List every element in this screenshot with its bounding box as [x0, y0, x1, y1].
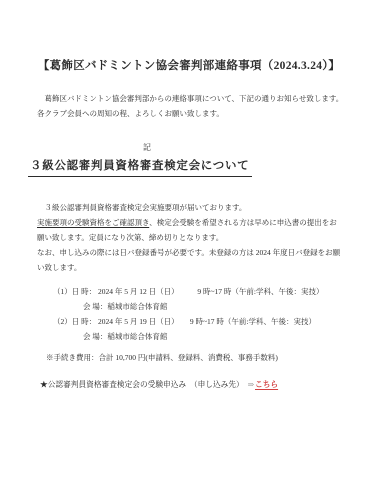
application-line: ★公認審判員資格審査検定会の受験申込み （申し込み先） ⇒こちら: [40, 377, 278, 392]
application-text: ★公認審判員資格審査検定会の受験申込み （申し込み先）: [40, 380, 248, 389]
schedule-item: （2）日 時： 2024 年 5 月 19 日（日） 9 時~17 時（午前:学…: [53, 314, 324, 344]
schedule-item: （1）日 時： 2024 年 5 月 12 日（日） 9 時~17 時（午前:学…: [53, 284, 324, 314]
fee-note: ※手続き費用：合計 10,700 円(申請料、登録料、消費税、事務手数料): [46, 350, 278, 365]
document-title: 【葛飾区バドミントン協会審判部連絡事項（2024.3.24）】: [0, 57, 378, 73]
section-heading: ３級公認審判員資格審査検定会について: [28, 157, 252, 177]
intro-line-1: 葛飾区バドミントン協会審判部からの連絡事項について、下記の通りお知らせ致します。: [37, 91, 349, 106]
body-line-2: 実施要項の受験資格をご確認頂き、検定会受験を希望される方は早めに申込書の提出をお: [37, 215, 353, 230]
section-heading-text: ３級公認審判員資格審査検定会について: [28, 157, 252, 177]
body-line-1: ３級公認審判員資格審査検定会実施要項が届いております。: [37, 200, 353, 215]
arrow-icon: ⇒: [248, 380, 254, 389]
schedule-block: （1）日 時： 2024 年 5 月 12 日（日） 9 時~17 時（午前:学…: [53, 284, 324, 344]
record-mark: 記: [143, 143, 151, 153]
body-line-5: い致します。: [37, 260, 353, 275]
schedule-venue: 会 場：稲城市総合体育館: [53, 329, 324, 344]
schedule-venue: 会 場：稲城市総合体育館: [53, 299, 324, 314]
body-line-2-rest: 、検定会受験を希望される方は早めに申込書の提出をお: [149, 218, 337, 227]
schedule-datetime: （2）日 時： 2024 年 5 月 19 日（日） 9 時~17 時（午前:学…: [53, 314, 324, 329]
intro-line-2: 各クラブ会員への周知の程、よろしくお願い致します。: [37, 106, 349, 121]
intro-paragraph: 葛飾区バドミントン協会審判部からの連絡事項について、下記の通りお知らせ致します。…: [37, 91, 349, 121]
body-paragraph: ３級公認審判員資格審査検定会実施要項が届いております。 実施要項の受験資格をご確…: [37, 200, 353, 275]
schedule-datetime: （1）日 時： 2024 年 5 月 12 日（日） 9 時~17 時（午前:学…: [53, 284, 324, 299]
body-line-3: 願い致します。定員になり次第、締め切りとなります。: [37, 230, 353, 245]
application-link[interactable]: こちら: [255, 380, 278, 389]
underlined-requirement-text: 実施要項の受験資格をご確認頂き: [37, 218, 149, 227]
notice-document-page: 【葛飾区バドミントン協会審判部連絡事項（2024.3.24）】 葛飾区バドミント…: [0, 0, 378, 485]
body-line-4: なお、申し込みの際には日バ登録番号が必要です。未登録の方は 2024 年度日バ登…: [37, 245, 353, 260]
